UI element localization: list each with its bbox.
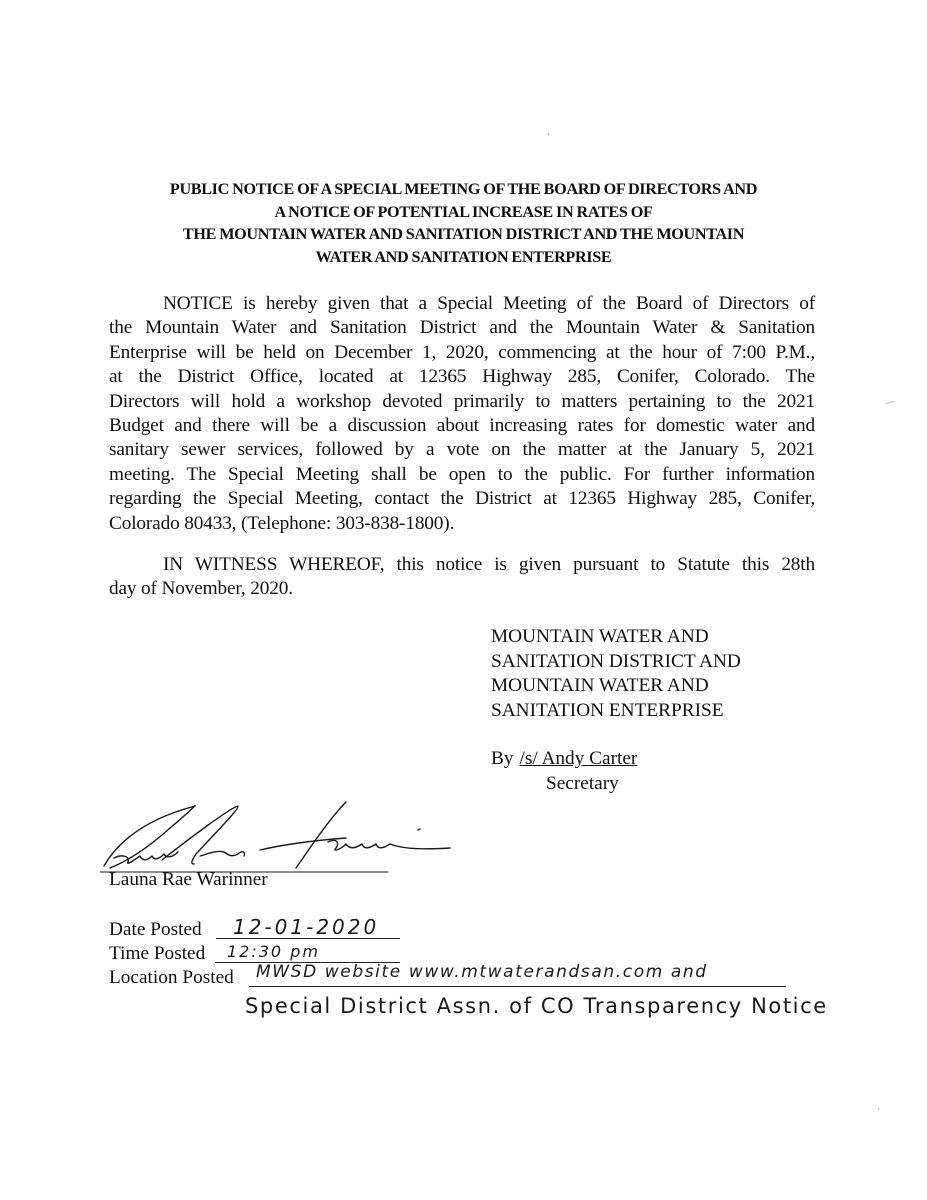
time-posted-label: Time Posted <box>109 942 205 966</box>
paragraph-line: Colorado 80433, (Telephone: 303-838-1800… <box>109 512 815 536</box>
signer-title: Secretary <box>546 772 619 796</box>
location-posted-label: Location Posted <box>109 966 234 990</box>
paragraph-line: day of November, 2020. <box>109 577 815 601</box>
paragraph-line: at the District Office, located at 12365… <box>109 365 815 389</box>
scan-artifact <box>886 401 894 404</box>
witness-paragraph: IN WITNESS WHEREOF, this notice is given… <box>109 553 815 602</box>
title-line: WATER AND SANITATION ENTERPRISE <box>100 246 827 269</box>
location-posted-value-line2: Special District Assn. of CO Transparenc… <box>245 994 828 1018</box>
time-posted-value: 12:30 pm <box>227 942 320 961</box>
by-label: By <box>491 748 514 769</box>
handwritten-signature <box>100 798 470 878</box>
scan-artifact <box>548 133 549 135</box>
organization-line: MOUNTAIN WATER AND <box>491 674 741 699</box>
organization-line: MOUNTAIN WATER AND <box>491 625 741 650</box>
document-page: PUBLIC NOTICE OF A SPECIAL MEETING OF TH… <box>0 0 927 1200</box>
date-posted-label: Date Posted <box>109 918 202 942</box>
signed-by-line: By/s/ Andy Carter <box>491 747 637 771</box>
paragraph-line: NOTICE is hereby given that a Special Me… <box>109 292 815 316</box>
printed-name: Launa Rae Warinner <box>109 868 268 892</box>
organization-line: SANITATION ENTERPRISE <box>491 699 741 724</box>
title-line: PUBLIC NOTICE OF A SPECIAL MEETING OF TH… <box>100 178 827 201</box>
notice-title: PUBLIC NOTICE OF A SPECIAL MEETING OF TH… <box>100 178 827 268</box>
paragraph-line: regarding the Special Meeting, contact t… <box>109 487 815 511</box>
organization-name-block: MOUNTAIN WATER AND SANITATION DISTRICT A… <box>491 625 741 723</box>
paragraph-line: IN WITNESS WHEREOF, this notice is given… <box>109 553 815 577</box>
location-posted-value-line1: MWSD website www.mtwaterandsan.com and <box>256 962 708 982</box>
location-posted-underline <box>249 986 786 987</box>
paragraph-line: sanitary sewer services, followed by a v… <box>109 438 815 462</box>
notice-paragraph: NOTICE is hereby given that a Special Me… <box>109 292 815 536</box>
paragraph-line: Enterprise will be held on December 1, 2… <box>109 341 815 365</box>
paragraph-line: Directors will hold a workshop devoted p… <box>109 390 815 414</box>
date-posted-value: 12-01-2020 <box>233 915 379 939</box>
title-line: THE MOUNTAIN WATER AND SANITATION DISTRI… <box>100 223 827 246</box>
paragraph-line: the Mountain Water and Sanitation Distri… <box>109 316 815 340</box>
paragraph-line: Budget and there will be a discussion ab… <box>109 414 815 438</box>
title-line: A NOTICE OF POTENTIAL INCREASE IN RATES … <box>100 201 827 224</box>
paragraph-line: meeting. The Special Meeting shall be op… <box>109 463 815 487</box>
signer-name: /s/ Andy Carter <box>520 748 638 769</box>
scan-artifact <box>878 1108 879 1110</box>
organization-line: SANITATION DISTRICT AND <box>491 650 741 675</box>
